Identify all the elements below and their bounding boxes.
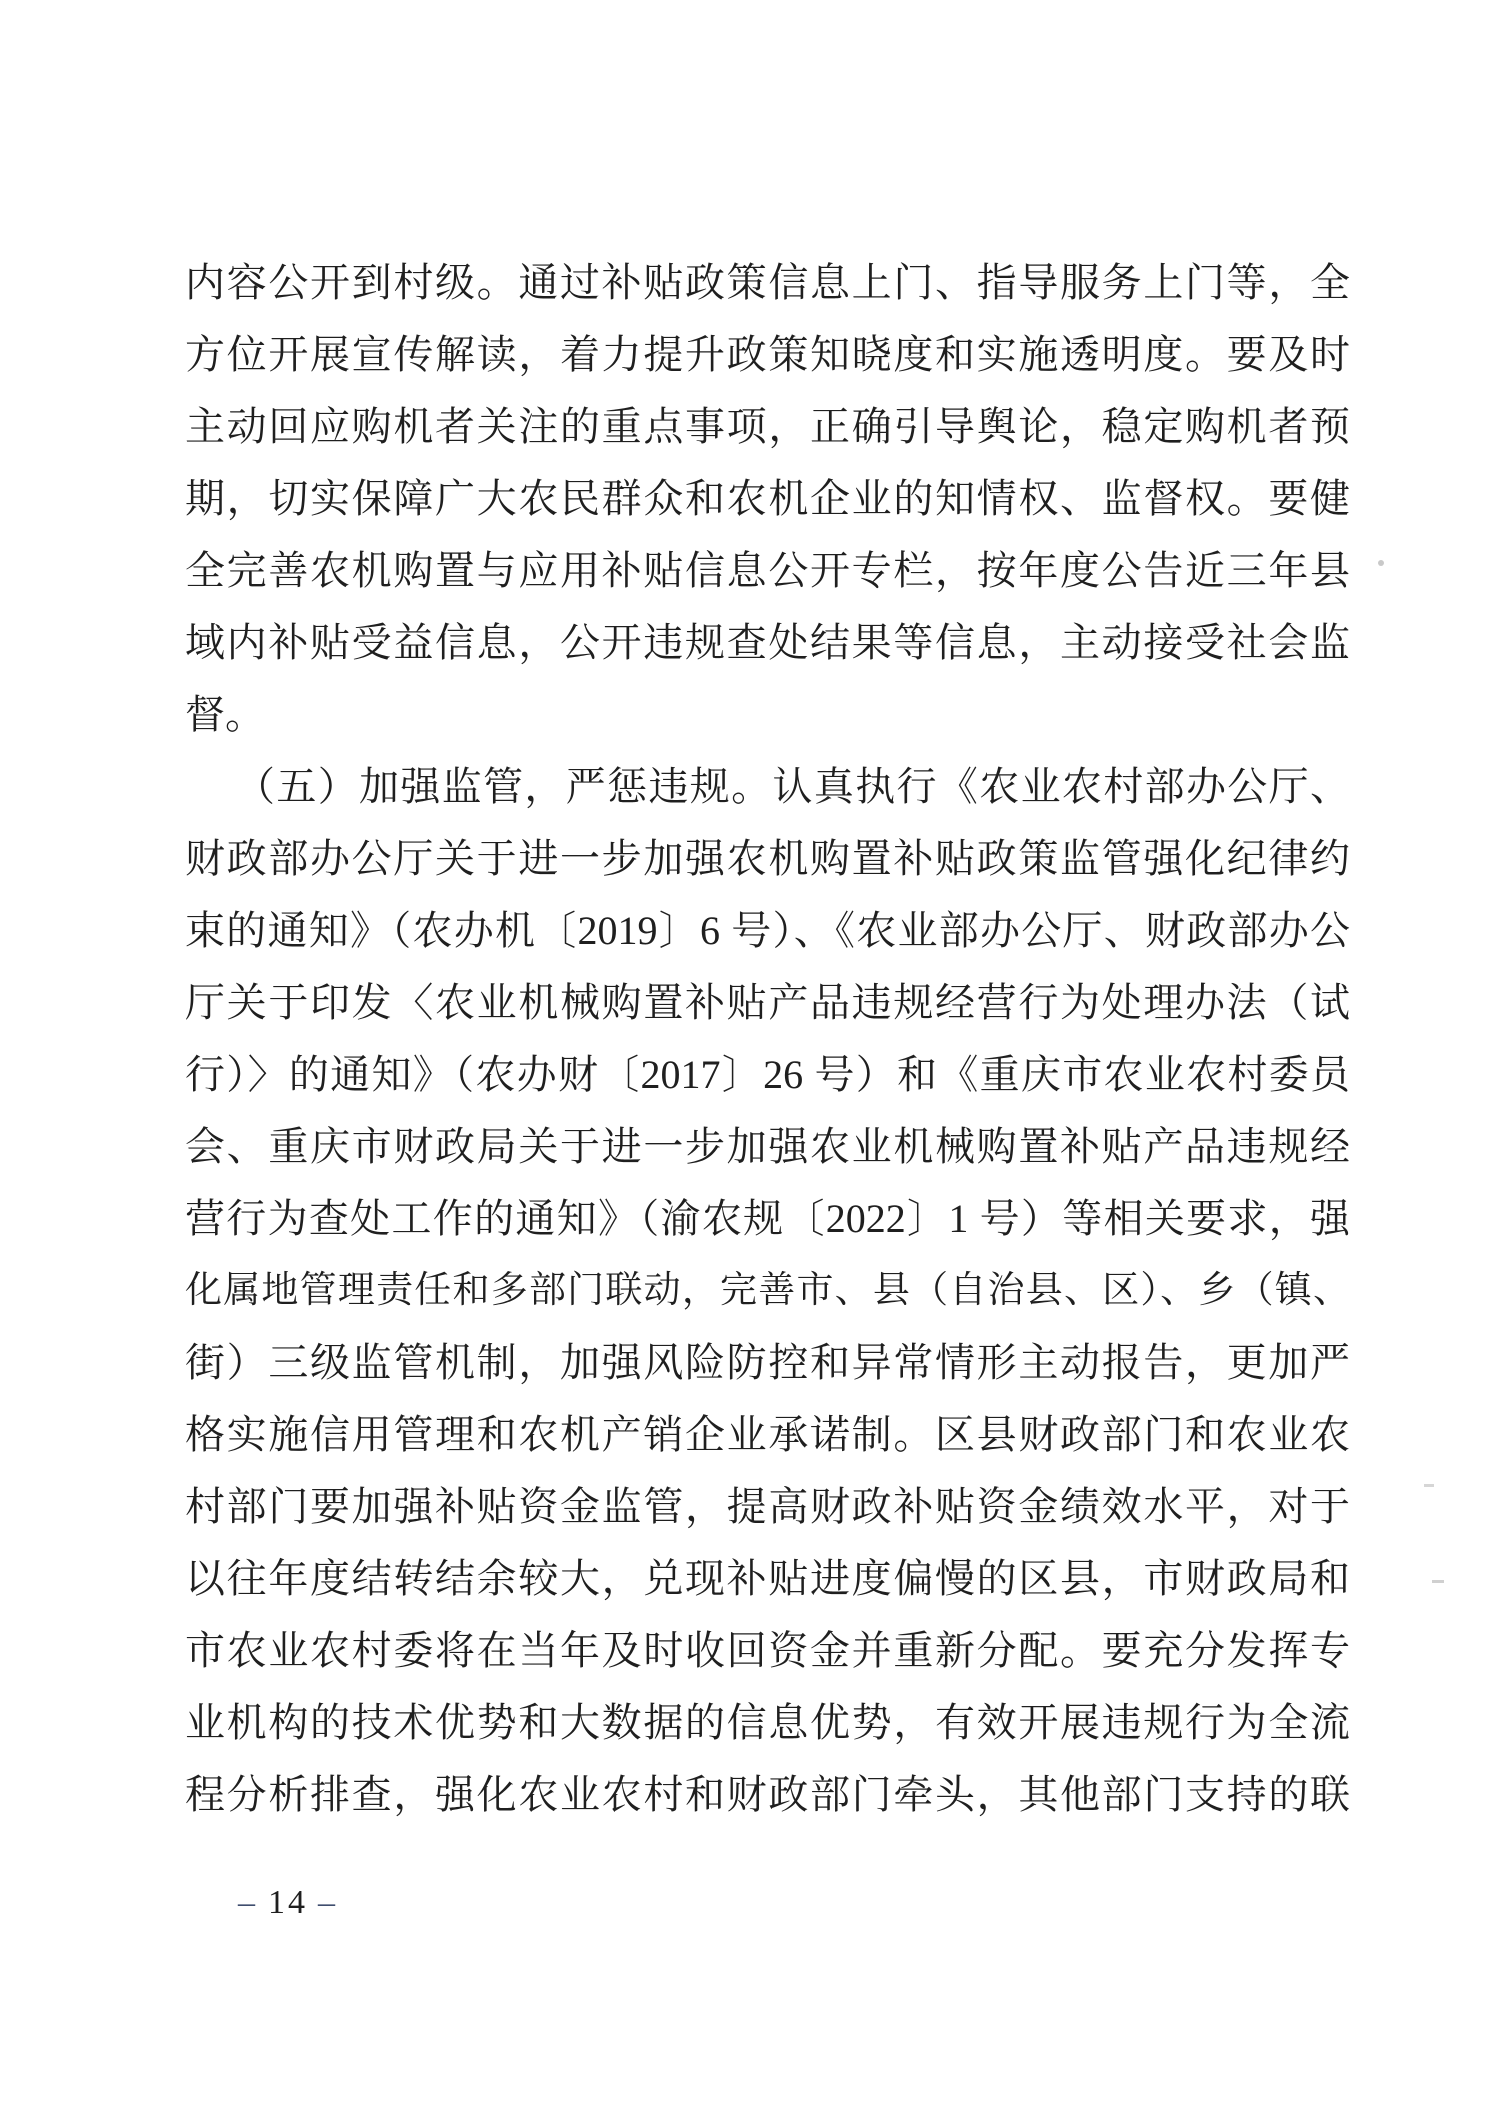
page-number: –14– [228, 1884, 348, 1922]
text-line: 财政部办公厅关于进一步加强农机购置补贴政策监管强化纪律约 [185, 823, 1350, 895]
text-line: 业机构的技术优势和大数据的信息优势，有效开展违规行为全流 [185, 1687, 1350, 1759]
text-line: 域内补贴受益信息，公开违规查处结果等信息，主动接受社会监 [185, 607, 1350, 679]
text-line: 程分析排查，强化农业农村和财政部门牵头，其他部门支持的联 [185, 1759, 1350, 1831]
text-line: 街）三级监管机制，加强风险防控和异常情形主动报告，更加严 [185, 1327, 1350, 1399]
text-line: 督。 [185, 679, 1350, 751]
scan-speck [1432, 1580, 1444, 1583]
text-line: 村部门要加强补贴资金监管，提高财政补贴资金绩效水平，对于 [185, 1471, 1350, 1543]
page-number-dash-right: – [308, 1884, 348, 1921]
text-line: 格实施信用管理和农机产销企业承诺制。区县财政部门和农业农 [185, 1399, 1350, 1471]
text-line: 主动回应购机者关注的重点事项，正确引导舆论，稳定购机者预 [185, 391, 1350, 463]
text-line: 方位开展宣传解读，着力提升政策知晓度和实施透明度。要及时 [185, 319, 1350, 391]
body-text: 内容公开到村级。通过补贴政策信息上门、指导服务上门等，全 方位开展宣传解读，着力… [185, 247, 1350, 1831]
text-line: 营行为查处工作的通知》（渝农规〔2022〕1 号）等相关要求，强 [185, 1183, 1350, 1255]
text-line: 以往年度结转结余较大，兑现补贴进度偏慢的区县，市财政局和 [185, 1543, 1350, 1615]
scan-speck [1424, 1484, 1434, 1487]
text-line: 行）〉的通知》（农办财〔2017〕26 号）和《重庆市农业农村委员 [185, 1039, 1350, 1111]
text-line: 会、重庆市财政局关于进一步加强农业机械购置补贴产品违规经 [185, 1111, 1350, 1183]
text-line-paragraph-start: （五）加强监管，严惩违规。认真执行《农业农村部办公厅、 [185, 751, 1350, 823]
text-line: 期，切实保障广大农民群众和农机企业的知情权、监督权。要健 [185, 463, 1350, 535]
text-line: 化属地管理责任和多部门联动，完善市、县（自治县、区）、乡（镇、 [185, 1255, 1350, 1327]
scan-speck [1378, 560, 1384, 566]
page-number-value: 14 [268, 1884, 308, 1921]
text-line: 内容公开到村级。通过补贴政策信息上门、指导服务上门等，全 [185, 247, 1350, 319]
document-page: 内容公开到村级。通过补贴政策信息上门、指导服务上门等，全 方位开展宣传解读，着力… [0, 0, 1487, 2102]
text-line: 全完善农机购置与应用补贴信息公开专栏，按年度公告近三年县 [185, 535, 1350, 607]
page-number-dash-left: – [228, 1884, 268, 1921]
text-line: 束的通知》（农办机〔2019〕6 号）、《农业部办公厅、财政部办公 [185, 895, 1350, 967]
text-line: 厅关于印发〈农业机械购置补贴产品违规经营行为处理办法（试 [185, 967, 1350, 1039]
text-line: 市农业农村委将在当年及时收回资金并重新分配。要充分发挥专 [185, 1615, 1350, 1687]
